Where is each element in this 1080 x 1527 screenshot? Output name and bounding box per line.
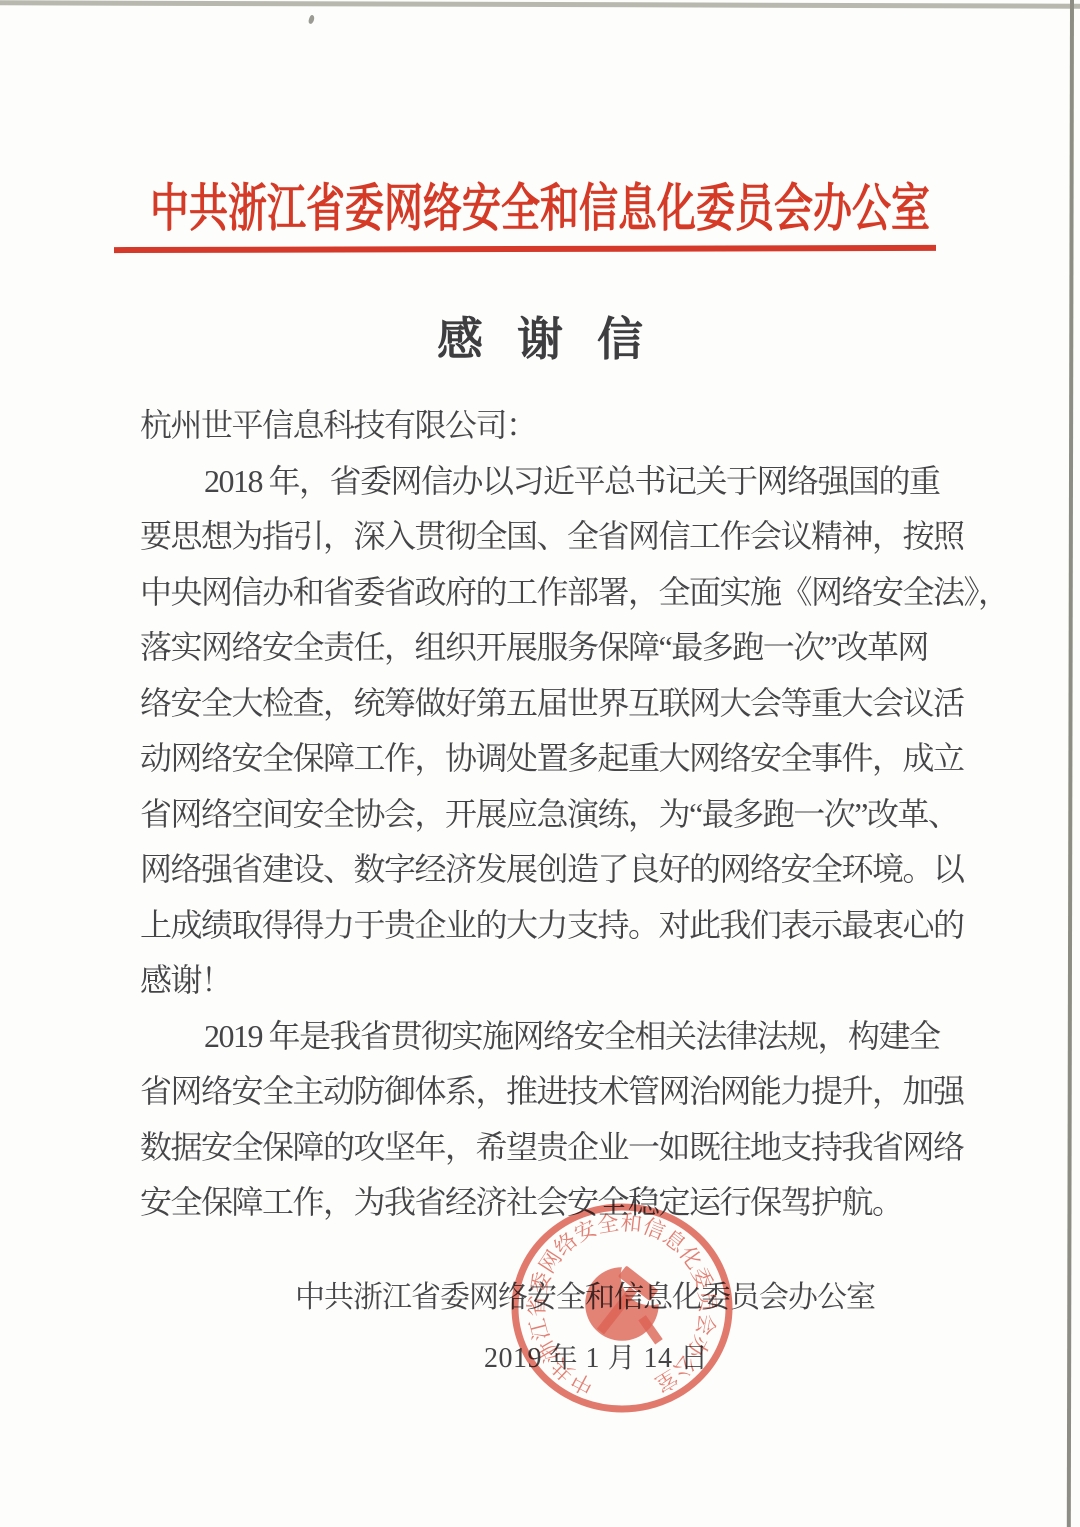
salutation: 杭州世平信息科技有限公司： (140, 398, 970, 454)
body-line: 2018 年，省委网信办以习近平总书记关于网络强国的重 (140, 454, 970, 510)
body-line: 中央网信办和省委省政府的工作部署，全面实施《网络安全法》， (140, 565, 970, 621)
body-line: 省网络空间安全协会，开展应急演练，为“最多跑一次”改革、 (140, 787, 970, 843)
body-line: 安全保障工作，为我省经济社会安全稳定运行保驾护航。 (140, 1175, 970, 1231)
body-line: 网络强省建设、数字经济发展创造了良好的网络安全环境。以 (140, 842, 970, 898)
letterhead-org-name: 中共浙江省委网络安全和信息化委员会办公室 (0, 168, 1080, 242)
document-title: 感谢信 (0, 303, 1080, 369)
letter-body: 杭州世平信息科技有限公司： 2018 年，省委网信办以习近平总书记关于网络强国的… (140, 398, 970, 1231)
body-line: 络安全大检查，统筹做好第五届世界互联网大会等重大会议活 (140, 676, 970, 732)
body-line: 省网络安全主动防御体系，推进技术管网治网能力提升，加强 (140, 1064, 970, 1120)
scan-edge-top (0, 0, 1080, 8)
body-line: 上成绩取得得力于贵企业的大力支持。对此我们表示最衷心的 (140, 898, 970, 954)
body-line: 数据安全保障的攻坚年，希望贵企业一如既往地支持我省网络 (140, 1120, 970, 1176)
body-line: 动网络安全保障工作，协调处置多起重大网络安全事件，成立 (140, 731, 970, 787)
signature-org: 中共浙江省委网络安全和信息化委员会办公室 (295, 1272, 875, 1316)
signature-date: 2019 年 1 月 14 日 (484, 1336, 709, 1376)
body-line: 2019 年是我省贯彻实施网络安全相关法律法规，构建全 (140, 1009, 970, 1065)
body-line: 要思想为指引，深入贯彻全国、全省网信工作会议精神，按照 (140, 509, 970, 565)
body-line: 感谢！ (140, 953, 970, 1009)
scanned-letter-page: 中共浙江省委网络安全和信息化委员会办公室 感谢信 杭州世平信息科技有限公司： 2… (0, 0, 1080, 1527)
scan-speck (308, 14, 316, 24)
body-line: 落实网络安全责任，组织开展服务保障“最多跑一次”改革网 (140, 620, 970, 676)
letterhead-rule (114, 245, 936, 253)
